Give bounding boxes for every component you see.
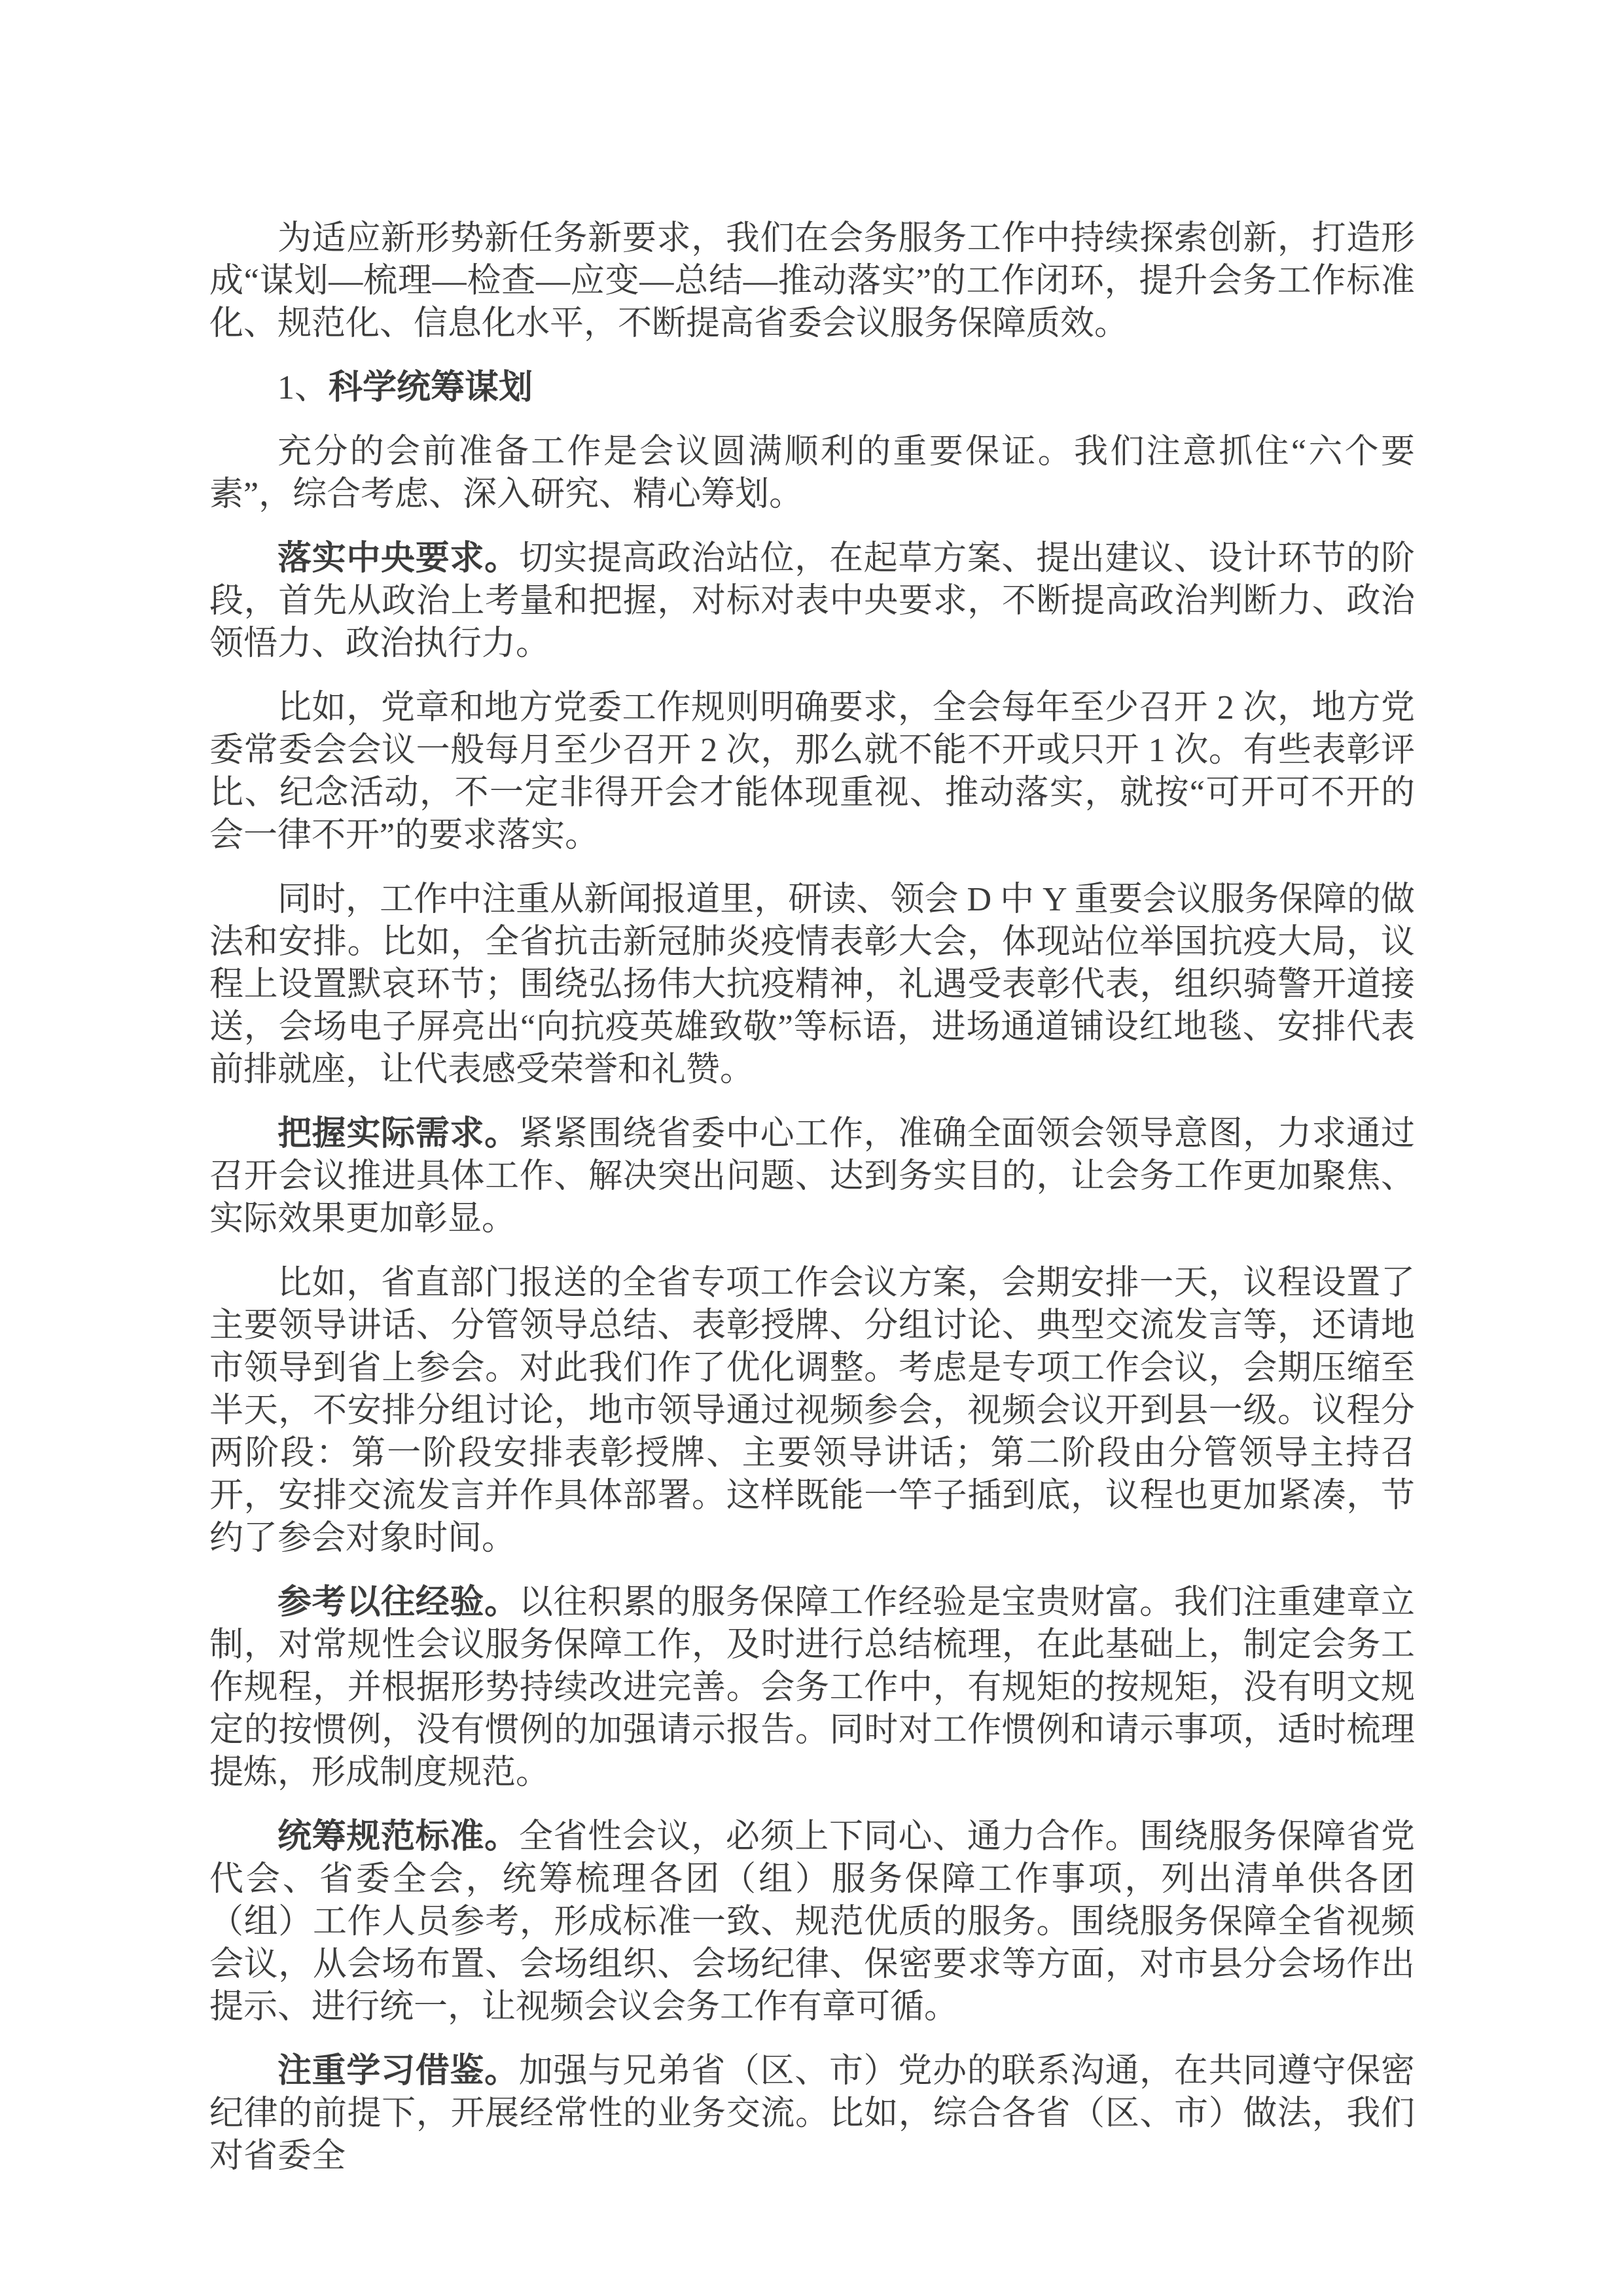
paragraph: 比如，党章和地方党委工作规则明确要求，全会每年至少召开 2 次，地方党委常委会会… — [209, 687, 1415, 857]
paragraph: 落实中央要求。切实提高政治站位，在起草方案、提出建议、设计环节的阶段，首先从政治… — [209, 537, 1415, 665]
paragraph-text: 同时，工作中注重从新闻报道里，研读、领会 D 中 Y 重要会议服务保障的做法和安… — [209, 881, 1415, 1088]
paragraph-text: 比如，党章和地方党委工作规则明确要求，全会每年至少召开 2 次，地方党委常委会会… — [209, 689, 1415, 854]
paragraph-lead: 参考以往经验。 — [277, 1584, 519, 1621]
paragraph-lead: 统筹规范标准。 — [277, 1818, 519, 1856]
paragraph: 同时，工作中注重从新闻报道里，研读、领会 D 中 Y 重要会议服务保障的做法和安… — [209, 878, 1415, 1091]
paragraph: 把握实际需求。紧紧围绕省委中心工作，准确全面领会领导意图，力求通过召开会议推进具… — [209, 1113, 1415, 1240]
paragraph: 比如，省直部门报送的全省专项工作会议方案，会期安排一天，议程设置了主要领导讲话、… — [209, 1262, 1415, 1560]
section-heading: 1、科学统筹谋划 — [209, 367, 1415, 409]
paragraph-lead: 把握实际需求。 — [277, 1115, 519, 1153]
paragraph: 充分的会前准备工作是会议圆满顺利的重要保证。我们注意抓住“六个要素”，综合考虑、… — [209, 431, 1415, 516]
section-number: 1、 — [277, 369, 329, 406]
paragraph-text: 充分的会前准备工作是会议圆满顺利的重要保证。我们注意抓住“六个要素”，综合考虑、… — [209, 433, 1415, 513]
paragraph: 统筹规范标准。全省性会议，必须上下同心、通力合作。围绕服务保障省党代会、省委全会… — [209, 1816, 1415, 2028]
paragraph-text: 比如，省直部门报送的全省专项工作会议方案，会期安排一天，议程设置了主要领导讲话、… — [209, 1265, 1415, 1557]
paragraph-lead: 注重学习借鉴。 — [277, 2053, 519, 2090]
document-page: 为适应新形势新任务新要求，我们在会务服务工作中持续探索创新，打造形成“谋划—梳理… — [0, 0, 1623, 2296]
section-title: 科学统筹谋划 — [329, 369, 533, 406]
paragraph-lead: 落实中央要求。 — [277, 540, 519, 577]
paragraph-intro: 为适应新形势新任务新要求，我们在会务服务工作中持续探索创新，打造形成“谋划—梳理… — [209, 217, 1415, 345]
paragraph: 参考以往经验。以往积累的服务保障工作经验是宝贵财富。我们注重建章立制，对常规性会… — [209, 1581, 1415, 1794]
paragraph-text: 为适应新形势新任务新要求，我们在会务服务工作中持续探索创新，打造形成“谋划—梳理… — [209, 220, 1415, 342]
paragraph: 注重学习借鉴。加强与兄弟省（区、市）党办的联系沟通，在共同遵守保密纪律的前提下，… — [209, 2050, 1415, 2178]
